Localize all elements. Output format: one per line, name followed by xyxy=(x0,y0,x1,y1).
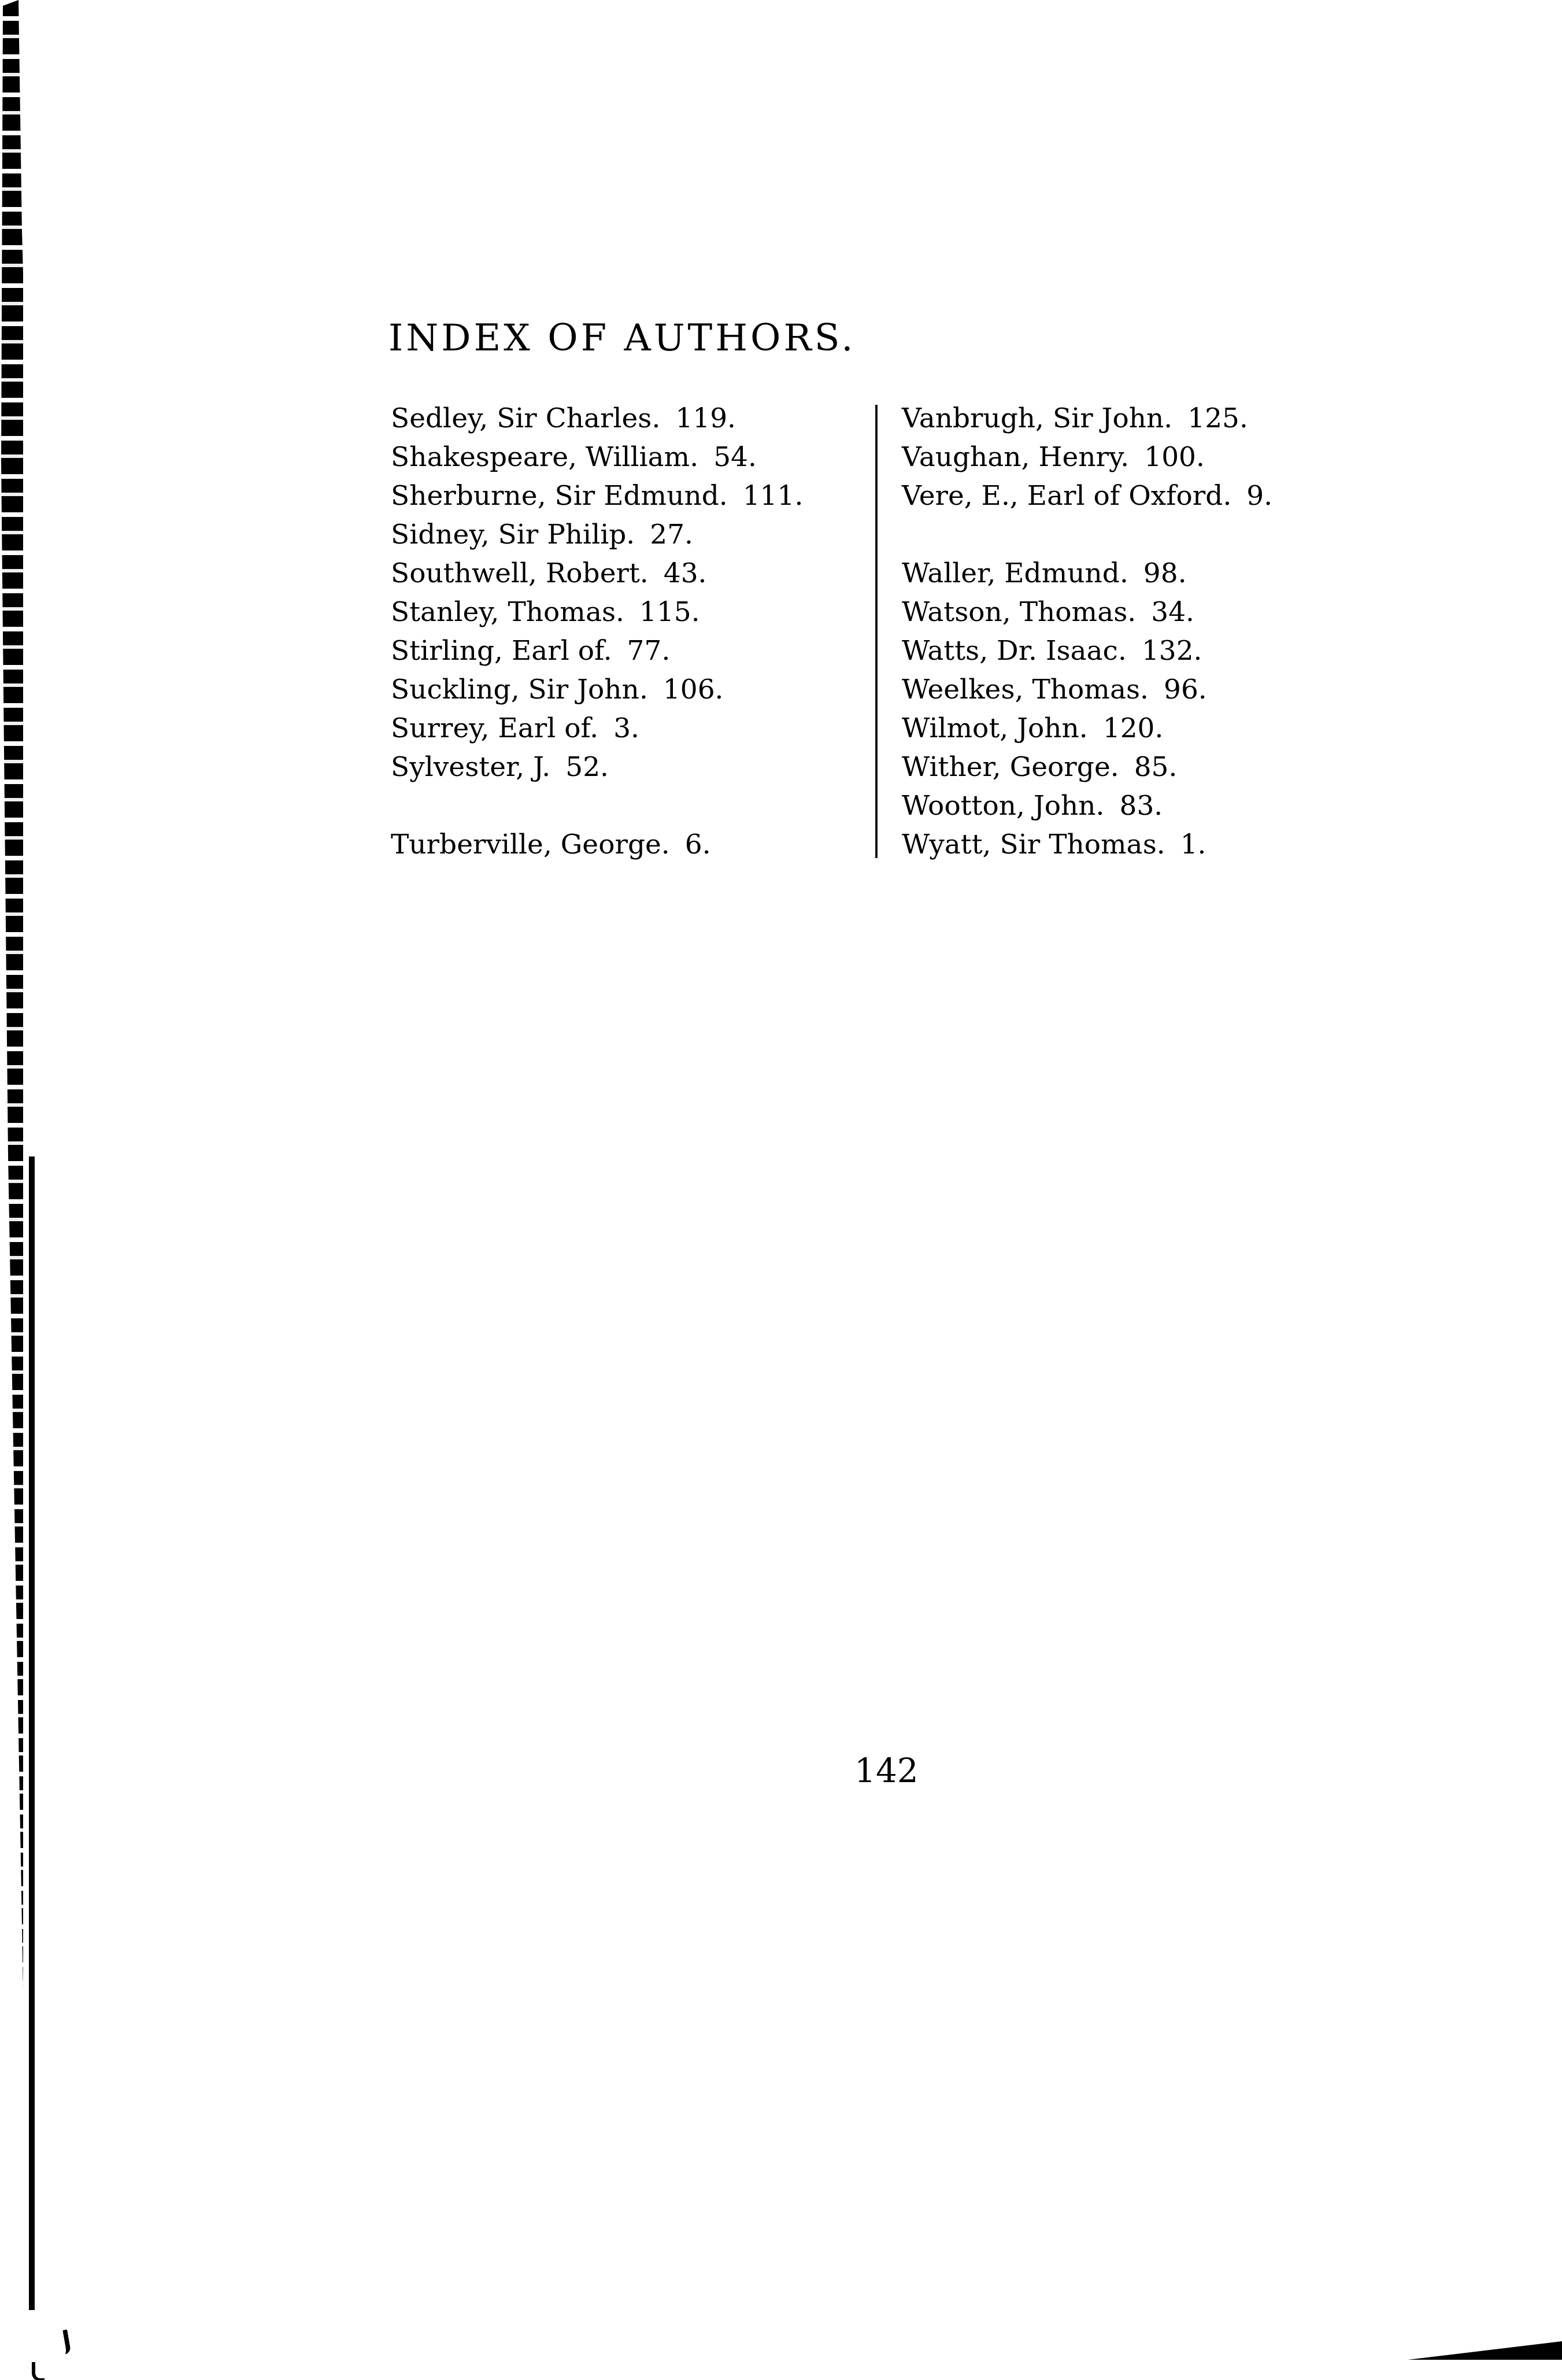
index-entry: Wootton, John.83. xyxy=(902,786,1272,825)
author-name: Sidney, Sir Philip. xyxy=(391,519,635,550)
index-entry: Waller, Edmund.98. xyxy=(902,554,1272,593)
page-reference: 98. xyxy=(1143,557,1187,589)
author-name: Wilmot, John. xyxy=(902,712,1088,744)
index-right-column: Vanbrugh, Sir John.125. Vaughan, Henry.1… xyxy=(902,399,1272,864)
index-entry: Sedley, Sir Charles.119. xyxy=(391,399,803,438)
page-reference: 77. xyxy=(627,635,671,667)
index-entry: Wilmot, John.120. xyxy=(902,709,1272,748)
page-reference: 120. xyxy=(1103,712,1164,744)
column-divider xyxy=(875,405,878,858)
page-reference: 96. xyxy=(1164,674,1207,705)
index-entry: Southwell, Robert.43. xyxy=(391,554,803,593)
page-reference: 83. xyxy=(1120,790,1163,822)
index-entry: Shakespeare, William.54. xyxy=(391,438,803,476)
author-name: Wootton, John. xyxy=(902,790,1105,822)
scanned-binding-edge xyxy=(0,0,23,2310)
index-entry: Watts, Dr. Isaac.132. xyxy=(902,631,1272,670)
index-entry: Sherburne, Sir Edmund.111. xyxy=(391,476,803,515)
author-name: Sylvester, J. xyxy=(391,751,550,783)
scan-artifact-mark xyxy=(32,2362,45,2380)
index-entry: Vere, E., Earl of Oxford.9. xyxy=(902,476,1272,515)
scan-artifact-mark xyxy=(55,2329,72,2355)
index-entry: Suckling, Sir John.106. xyxy=(391,670,803,709)
index-entry: Surrey, Earl of.3. xyxy=(391,709,803,748)
author-name: Vere, E., Earl of Oxford. xyxy=(902,480,1231,512)
page-reference: 115. xyxy=(639,596,700,628)
page-reference: 1. xyxy=(1180,829,1206,860)
index-left-column: Sedley, Sir Charles.119. Shakespeare, Wi… xyxy=(391,399,803,864)
page-reference: 27. xyxy=(650,519,693,550)
author-name: Surrey, Earl of. xyxy=(391,712,598,744)
author-name: Stirling, Earl of. xyxy=(391,635,612,667)
index-spacer xyxy=(902,515,1272,554)
page-reference: 111. xyxy=(743,480,804,512)
page-reference: 3. xyxy=(613,712,639,744)
author-name: Shakespeare, William. xyxy=(391,441,698,473)
page-reference: 9. xyxy=(1246,480,1272,512)
page-reference: 52. xyxy=(565,751,609,783)
index-entry: Wither, George.85. xyxy=(902,748,1272,786)
author-name: Watts, Dr. Isaac. xyxy=(902,635,1127,667)
index-entry: Wyatt, Sir Thomas.1. xyxy=(902,825,1272,864)
page-reference: 54. xyxy=(713,441,757,473)
page-reference: 119. xyxy=(675,402,736,434)
index-entry: Sidney, Sir Philip.27. xyxy=(391,515,803,554)
index-entry: Stanley, Thomas.115. xyxy=(391,593,803,631)
author-name: Weelkes, Thomas. xyxy=(902,674,1149,705)
author-name: Sherburne, Sir Edmund. xyxy=(391,480,728,512)
index-entry: Sylvester, J.52. xyxy=(391,748,803,786)
index-entry: Vanbrugh, Sir John.125. xyxy=(902,399,1272,438)
scanned-binding-edge-lower xyxy=(29,1156,35,2310)
author-name: Wither, George. xyxy=(902,751,1119,783)
index-entry: Watson, Thomas.34. xyxy=(902,593,1272,631)
author-name: Wyatt, Sir Thomas. xyxy=(902,829,1165,860)
page-reference: 132. xyxy=(1142,635,1202,667)
page-reference: 6. xyxy=(685,829,711,860)
page-reference: 34. xyxy=(1151,596,1194,628)
author-name: Waller, Edmund. xyxy=(902,557,1128,589)
index-entry: Vaughan, Henry.100. xyxy=(902,438,1272,476)
index-entry: Weelkes, Thomas.96. xyxy=(902,670,1272,709)
index-entry: Turberville, George.6. xyxy=(391,825,803,864)
index-spacer xyxy=(391,786,803,825)
author-name: Turberville, George. xyxy=(391,829,670,860)
author-name: Southwell, Robert. xyxy=(391,557,649,589)
author-name: Vaughan, Henry. xyxy=(902,441,1129,473)
page-title: INDEX OF AUTHORS. xyxy=(388,317,856,360)
page-reference: 125. xyxy=(1187,402,1248,434)
index-entry: Stirling, Earl of.77. xyxy=(391,631,803,670)
page-number: 142 xyxy=(854,1751,919,1790)
author-name: Sedley, Sir Charles. xyxy=(391,402,660,434)
author-name: Suckling, Sir John. xyxy=(391,674,648,705)
page-reference: 106. xyxy=(663,674,724,705)
page-reference: 43. xyxy=(664,557,707,589)
author-name: Vanbrugh, Sir John. xyxy=(902,402,1172,434)
scanned-page-edge-shadow xyxy=(1408,2341,1562,2360)
author-name: Stanley, Thomas. xyxy=(391,596,624,628)
author-name: Watson, Thomas. xyxy=(902,596,1136,628)
page-reference: 85. xyxy=(1134,751,1178,783)
page-reference: 100. xyxy=(1144,441,1205,473)
